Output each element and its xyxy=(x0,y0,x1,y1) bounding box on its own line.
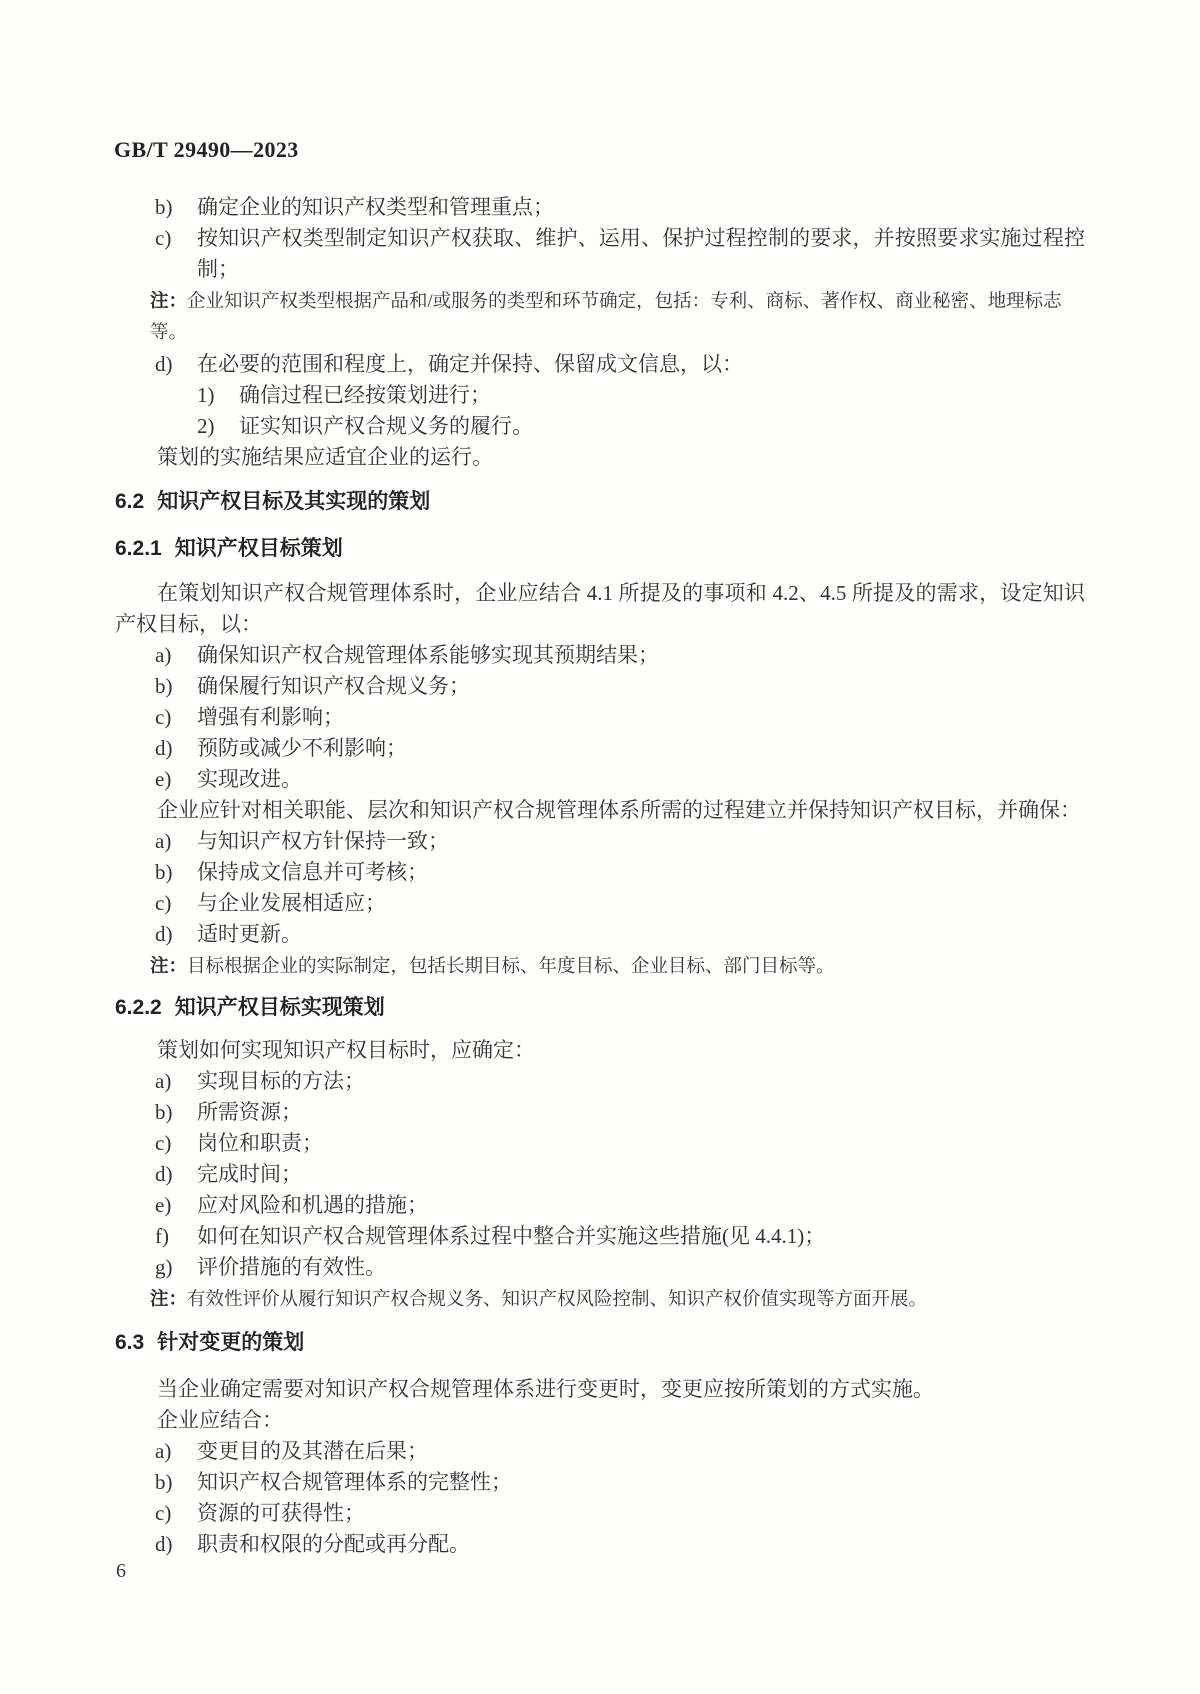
section-number: 6.2.2 xyxy=(115,992,162,1023)
sublist-item-text: 确信过程已经按策划进行； xyxy=(239,380,1085,411)
list-item: f) 如何在知识产权合规管理体系过程中整合并实施这些措施(见 4.4.1)； xyxy=(115,1221,1085,1252)
list-item: d) 适时更新。 xyxy=(115,919,1085,950)
note-text: 企业知识产权类型根据产品和/或服务的类型和环节确定，包括：专利、商标、著作权、商… xyxy=(150,292,1062,343)
list-item-text: 应对风险和机遇的措施； xyxy=(197,1190,1085,1221)
note-text: 目标根据企业的实际制定，包括长期目标、年度目标、企业目标、部门目标等。 xyxy=(187,957,835,977)
list-item-label: b) xyxy=(155,857,197,888)
list-item: a) 确保知识产权合规管理体系能够实现其预期结果； xyxy=(115,640,1085,671)
list-item-label: d) xyxy=(155,733,197,764)
list-item: b) 确保履行知识产权合规义务； xyxy=(115,671,1085,702)
list-item: d) 在必要的范围和程度上，确定并保持、保留成文信息，以： xyxy=(115,349,1085,380)
section-number: 6.2 xyxy=(115,486,144,517)
list-item-text: 知识产权合规管理体系的完整性； xyxy=(197,1467,1085,1498)
list-item-text: 与知识产权方针保持一致； xyxy=(197,826,1085,857)
list-item-label: a) xyxy=(155,1436,197,1467)
list-item-label: c) xyxy=(155,223,197,285)
list-item-label: b) xyxy=(155,1467,197,1498)
list-item-label: d) xyxy=(155,349,197,380)
sublist-item-text: 证实知识产权合规义务的履行。 xyxy=(239,411,1085,442)
list-item-label: f) xyxy=(155,1221,197,1252)
sublist-item-label: 2) xyxy=(197,411,239,442)
list-item-label: d) xyxy=(155,1159,197,1190)
list-item-label: b) xyxy=(155,1097,197,1128)
list-item-label: a) xyxy=(155,1066,197,1097)
sublist-item: 2) 证实知识产权合规义务的履行。 xyxy=(115,411,1085,442)
list-item-text: 岗位和职责； xyxy=(197,1128,1085,1159)
list-item: a) 实现目标的方法； xyxy=(115,1066,1085,1097)
list-item-label: d) xyxy=(155,919,197,950)
list-item: c) 岗位和职责； xyxy=(115,1128,1085,1159)
list-item-label: c) xyxy=(155,888,197,919)
note: 注：企业知识产权类型根据产品和/或服务的类型和环节确定，包括：专利、商标、著作权… xyxy=(115,285,1085,349)
note-text: 有效性评价从履行知识产权合规义务、知识产权风险控制、知识产权价值实现等方面开展。 xyxy=(187,1290,927,1310)
note-label: 注： xyxy=(150,1288,187,1309)
list-item: b) 所需资源； xyxy=(115,1097,1085,1128)
document-page: GB/T 29490—2023 b) 确定企业的知识产权类型和管理重点； c) … xyxy=(0,0,1200,1694)
list-item: e) 实现改进。 xyxy=(115,764,1085,795)
list-ensure: a) 与知识产权方针保持一致； b) 保持成文信息并可考核； c) 与企业发展相… xyxy=(115,826,1085,950)
list-622: a) 实现目标的方法； b) 所需资源； c) 岗位和职责； d) 完成时间； … xyxy=(115,1066,1085,1283)
list-item: d) 完成时间； xyxy=(115,1159,1085,1190)
list-item-text: 资源的可获得性； xyxy=(197,1498,1085,1529)
paragraph: 策划如何实现知识产权目标时，应确定： xyxy=(115,1035,1085,1066)
list-bc: b) 确定企业的知识产权类型和管理重点； c) 按知识产权类型制定知识产权获取、… xyxy=(115,192,1085,285)
section-heading-6-2: 6.2 知识产权目标及其实现的策划 xyxy=(115,486,1085,517)
list-item-text: 实现改进。 xyxy=(197,764,1085,795)
list-item-text: 完成时间； xyxy=(197,1159,1085,1190)
list-item: a) 变更目的及其潜在后果； xyxy=(115,1436,1085,1467)
section-heading-6-3: 6.3 针对变更的策划 xyxy=(115,1327,1085,1358)
section-title: 知识产权目标及其实现的策划 xyxy=(157,486,430,517)
page-number: 6 xyxy=(116,1556,126,1587)
list-item-text: 确定企业的知识产权类型和管理重点； xyxy=(197,192,1085,223)
list-item: b) 知识产权合规管理体系的完整性； xyxy=(115,1467,1085,1498)
note: 注：有效性评价从履行知识产权合规义务、知识产权风险控制、知识产权价值实现等方面开… xyxy=(115,1283,1085,1316)
section-number: 6.2.1 xyxy=(115,533,162,564)
list-item-text: 所需资源； xyxy=(197,1097,1085,1128)
paragraph: 企业应针对相关职能、层次和知识产权合规管理体系所需的过程建立并保持知识产权目标，… xyxy=(115,795,1085,826)
list-item-text: 实现目标的方法； xyxy=(197,1066,1085,1097)
section-title: 针对变更的策划 xyxy=(157,1327,304,1358)
list-item-label: a) xyxy=(155,826,197,857)
paragraph: 企业应结合： xyxy=(115,1405,1085,1436)
note: 注：目标根据企业的实际制定，包括长期目标、年度目标、企业目标、部门目标等。 xyxy=(115,950,1085,983)
list-item: e) 应对风险和机遇的措施； xyxy=(115,1190,1085,1221)
section-heading-6-2-2: 6.2.2 知识产权目标实现策划 xyxy=(115,992,1085,1023)
list-item-label: c) xyxy=(155,702,197,733)
list-item: d) 预防或减少不利影响； xyxy=(115,733,1085,764)
list-item-label: b) xyxy=(155,671,197,702)
list-item-text: 与企业发展相适应； xyxy=(197,888,1085,919)
list-item-text: 增强有利影响； xyxy=(197,702,1085,733)
list-item-text: 变更目的及其潜在后果； xyxy=(197,1436,1085,1467)
note-label: 注： xyxy=(150,290,187,311)
list-item-label: d) xyxy=(155,1529,197,1560)
sublist-item-label: 1) xyxy=(197,380,239,411)
section-title: 知识产权目标策划 xyxy=(175,533,343,564)
section-heading-6-2-1: 6.2.1 知识产权目标策划 xyxy=(115,533,1085,564)
list-item: b) 确定企业的知识产权类型和管理重点； xyxy=(115,192,1085,223)
document-code: GB/T 29490—2023 xyxy=(114,137,299,163)
list-item-label: c) xyxy=(155,1498,197,1529)
list-item-text: 如何在知识产权合规管理体系过程中整合并实施这些措施(见 4.4.1)； xyxy=(197,1221,1085,1252)
list-item-text: 评价措施的有效性。 xyxy=(197,1252,1085,1283)
document-body: b) 确定企业的知识产权类型和管理重点； c) 按知识产权类型制定知识产权获取、… xyxy=(115,192,1085,1560)
list-item-text: 确保知识产权合规管理体系能够实现其预期结果； xyxy=(197,640,1085,671)
section-number: 6.3 xyxy=(115,1327,144,1358)
list-item-text: 按知识产权类型制定知识产权获取、维护、运用、保护过程控制的要求，并按照要求实施过… xyxy=(197,223,1085,285)
list-d: d) 在必要的范围和程度上，确定并保持、保留成文信息，以： 1) 确信过程已经按… xyxy=(115,349,1085,442)
list-item-label: e) xyxy=(155,764,197,795)
section-title: 知识产权目标实现策划 xyxy=(175,992,385,1023)
list-item-text: 保持成文信息并可考核； xyxy=(197,857,1085,888)
list-item: c) 与企业发展相适应； xyxy=(115,888,1085,919)
paragraph: 当企业确定需要对知识产权合规管理体系进行变更时，变更应按所策划的方式实施。 xyxy=(115,1374,1085,1405)
list-item-text: 职责和权限的分配或再分配。 xyxy=(197,1529,1085,1560)
list-item: g) 评价措施的有效性。 xyxy=(115,1252,1085,1283)
list-item: b) 保持成文信息并可考核； xyxy=(115,857,1085,888)
list-item-text: 适时更新。 xyxy=(197,919,1085,950)
list-item-label: a) xyxy=(155,640,197,671)
list-item-text: 在必要的范围和程度上，确定并保持、保留成文信息，以： xyxy=(197,349,1085,380)
list-item: c) 按知识产权类型制定知识产权获取、维护、运用、保护过程控制的要求，并按照要求… xyxy=(115,223,1085,285)
list-item: c) 资源的可获得性； xyxy=(115,1498,1085,1529)
list-goals: a) 确保知识产权合规管理体系能够实现其预期结果； b) 确保履行知识产权合规义… xyxy=(115,640,1085,795)
list-item-label: b) xyxy=(155,192,197,223)
list-item: d) 职责和权限的分配或再分配。 xyxy=(115,1529,1085,1560)
list-item-label: e) xyxy=(155,1190,197,1221)
list-item-text: 预防或减少不利影响； xyxy=(197,733,1085,764)
list-item: a) 与知识产权方针保持一致； xyxy=(115,826,1085,857)
list-item-label: g) xyxy=(155,1252,197,1283)
paragraph: 策划的实施结果应适宜企业的运行。 xyxy=(115,442,1085,473)
note-label: 注： xyxy=(150,955,187,976)
list-item-text: 确保履行知识产权合规义务； xyxy=(197,671,1085,702)
paragraph: 在策划知识产权合规管理体系时，企业应结合 4.1 所提及的事项和 4.2、4.5… xyxy=(115,578,1085,640)
sublist-item: 1) 确信过程已经按策划进行； xyxy=(115,380,1085,411)
list-item-label: c) xyxy=(155,1128,197,1159)
list-63: a) 变更目的及其潜在后果； b) 知识产权合规管理体系的完整性； c) 资源的… xyxy=(115,1436,1085,1560)
list-item: c) 增强有利影响； xyxy=(115,702,1085,733)
